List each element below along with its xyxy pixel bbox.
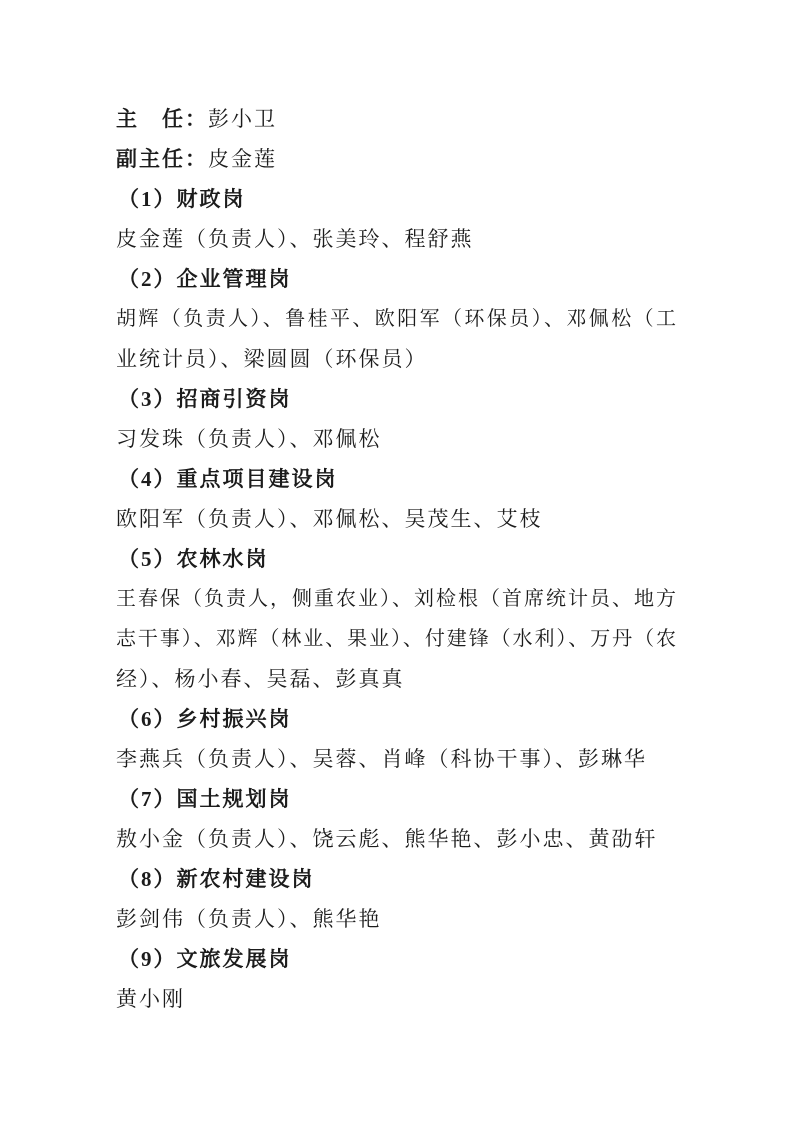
- deputy-director-name: 皮金莲: [208, 147, 277, 171]
- section-members-line: 皮金莲（负责人）、张美玲、程舒燕: [116, 219, 676, 259]
- director-line: 主 任：彭小卫: [116, 99, 676, 139]
- section-members-line: 志干事）、邓辉（林业、果业）、付建锋（水利）、万丹（农: [116, 619, 676, 659]
- section-heading: （9）文旅发展岗: [116, 939, 676, 979]
- section-heading: （7）国土规划岗: [116, 779, 676, 819]
- section-members-line: 黄小刚: [116, 979, 676, 1019]
- section-members-line: 李燕兵（负责人）、吴蓉、肖峰（科协干事）、彭琳华: [116, 739, 676, 779]
- section-heading: （6）乡村振兴岗: [116, 699, 676, 739]
- section-members-line: 王春保（负责人，侧重农业）、刘检根（首席统计员、地方: [116, 579, 676, 619]
- document-page: 主 任：彭小卫 副主任：皮金莲 （1）财政岗皮金莲（负责人）、张美玲、程舒燕（2…: [0, 0, 792, 1122]
- section-heading: （1）财政岗: [116, 179, 676, 219]
- deputy-director-line: 副主任：皮金莲: [116, 139, 676, 179]
- section-members-line: 经）、杨小春、吴磊、彭真真: [116, 659, 676, 699]
- document-content: 主 任：彭小卫 副主任：皮金莲 （1）财政岗皮金莲（负责人）、张美玲、程舒燕（2…: [116, 99, 676, 1019]
- section-members-line: 欧阳军（负责人）、邓佩松、吴茂生、艾枝: [116, 499, 676, 539]
- section-members-line: 彭剑伟（负责人）、熊华艳: [116, 899, 676, 939]
- section-heading: （4）重点项目建设岗: [116, 459, 676, 499]
- section-heading: （3）招商引资岗: [116, 379, 676, 419]
- section-heading: （2）企业管理岗: [116, 259, 676, 299]
- section-members-line: 习发珠（负责人）、邓佩松: [116, 419, 676, 459]
- deputy-director-label: 副主任：: [116, 147, 208, 171]
- section-heading: （5）农林水岗: [116, 539, 676, 579]
- section-members-line: 胡辉（负责人）、鲁桂平、欧阳军（环保员）、邓佩松（工: [116, 299, 676, 339]
- section-members-line: 敖小金（负责人）、饶云彪、熊华艳、彭小忠、黄劭轩: [116, 819, 676, 859]
- section-members-line: 业统计员）、梁圆圆（环保员）: [116, 339, 676, 379]
- director-name: 彭小卫: [208, 107, 277, 131]
- position-sections: （1）财政岗皮金莲（负责人）、张美玲、程舒燕（2）企业管理岗胡辉（负责人）、鲁桂…: [116, 179, 676, 1019]
- director-label: 主 任：: [116, 107, 208, 131]
- section-heading: （8）新农村建设岗: [116, 859, 676, 899]
